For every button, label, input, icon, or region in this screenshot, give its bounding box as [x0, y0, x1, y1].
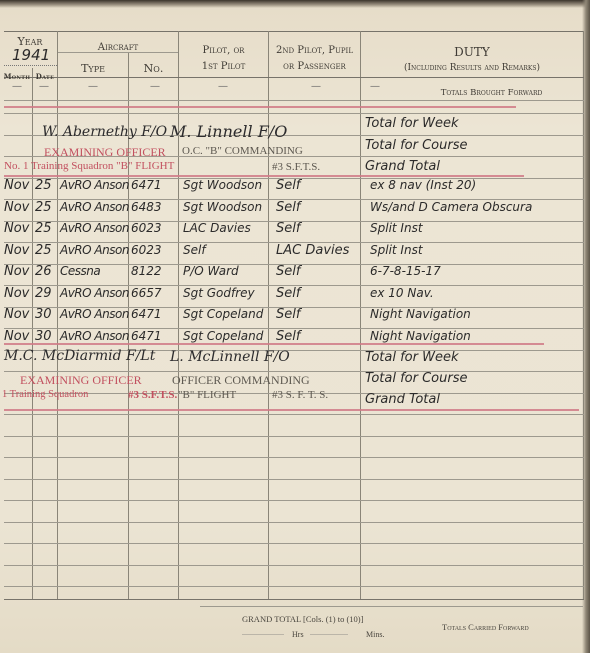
table-bottom-rule: [4, 599, 584, 600]
duty-dash: —: [370, 81, 380, 92]
entry-pilot: Self: [183, 243, 206, 257]
totals-brought-forward: Totals Brought Forward: [400, 87, 583, 100]
mins-label: Mins.: [366, 630, 384, 639]
entry-duty: Night Navigation: [370, 329, 471, 343]
summary2-total-course: Total for Course: [365, 371, 468, 386]
entry-duty: Split Inst: [370, 221, 423, 235]
second-pilot-label-line1: 2nd Pilot, Pupil: [269, 44, 360, 57]
header-bottom-rule: [4, 77, 584, 78]
entry-month: Nov: [4, 307, 29, 322]
entry-date: 25: [35, 200, 52, 215]
red-line-brought-forward: [4, 106, 516, 108]
entry-second-pilot: Self: [276, 329, 300, 344]
duty-label: DUTY: [361, 46, 583, 59]
entry-aircraft-type: AvRO Anson: [60, 307, 129, 321]
entry-aircraft-no: 6023: [131, 221, 162, 235]
entry-aircraft-no: 6471: [131, 329, 162, 343]
summary2-total-week: Total for Week: [365, 350, 458, 365]
entry-aircraft-no: 8122: [131, 264, 162, 278]
second-duty-divider: [360, 31, 361, 599]
red-line-summary2: [4, 409, 579, 411]
month-dash: —: [12, 81, 22, 92]
entry-pilot: P/O Ward: [183, 264, 239, 278]
mins-dots: ...................: [310, 628, 348, 637]
entry-aircraft-type: AvRO Anson: [60, 178, 129, 192]
entry-aircraft-type: AvRO Anson: [60, 221, 129, 235]
aircraft-no-label: No.: [129, 62, 178, 75]
row-rule: [4, 457, 584, 458]
entry-pilot: Sgt Godfrey: [183, 286, 255, 300]
logbook-page: Year 1941 Month Date Aircraft Type No. P…: [0, 0, 590, 653]
summary2-stamp-squadron: 1 Training Squadron: [2, 389, 88, 400]
second-pilot-dash: —: [311, 81, 321, 92]
date-type-divider: [57, 31, 58, 599]
pilot-label-line1: Pilot, or: [179, 44, 268, 57]
entry-second-pilot: Self: [276, 221, 300, 236]
year-dotted-rule: [4, 65, 57, 67]
brought-forward-rule: [4, 100, 584, 101]
row-rule: [4, 113, 584, 114]
entry-duty: Split Inst: [370, 243, 423, 257]
entry-aircraft-type: AvRO Anson: [60, 200, 129, 214]
entry-second-pilot: Self: [276, 178, 300, 193]
hrs-dots: .....................: [242, 628, 284, 637]
entry-month: Nov: [4, 329, 29, 344]
entry-date: 29: [35, 286, 52, 301]
summary1-signature-left: W. Abernethy F/O: [42, 124, 167, 140]
entry-month: Nov: [4, 243, 29, 258]
entry-month: Nov: [4, 264, 29, 279]
entry-date: 25: [35, 221, 52, 236]
entry-duty: ex 10 Nav.: [370, 286, 434, 300]
summary2-stamp-school: #3 S. F. T. S.: [272, 389, 328, 401]
red-line-before-summary2: [4, 343, 544, 345]
duty-sublabel: (Including Results and Remarks): [361, 62, 583, 75]
entry-month: Nov: [4, 286, 29, 301]
row-rule: [4, 371, 584, 372]
row-rule: [4, 565, 584, 566]
summary1-total-course: Total for Course: [365, 138, 468, 153]
summary2-stamp-school-red: #3 S.F.T.S.: [128, 389, 177, 401]
entry-second-pilot: Self: [276, 307, 300, 322]
summary2-grand-total: Grand Total: [365, 392, 440, 407]
entry-second-pilot: Self: [276, 286, 300, 301]
pilot-label-line2: 1st Pilot: [179, 60, 268, 73]
entry-date: 25: [35, 178, 52, 193]
entry-second-pilot: Self: [276, 200, 300, 215]
row-rule: [4, 436, 584, 437]
entry-date: 25: [35, 243, 52, 258]
entry-second-pilot: LAC Davies: [276, 243, 349, 258]
summary1-stamp-school: #3 S.F.T.S.: [272, 161, 320, 173]
summary1-signature-right: M. Linnell F/O: [170, 122, 287, 141]
grand-total-cols-label: GRAND TOTAL [Cols. (1) to (10)]: [242, 614, 363, 624]
header-top-rule: [4, 31, 584, 32]
summary1-grand-total: Grand Total: [365, 159, 440, 174]
entry-duty: Night Navigation: [370, 307, 471, 321]
aircraft-type-label: Type: [58, 62, 128, 75]
entry-second-pilot: Self: [276, 264, 300, 279]
month-date-divider: [32, 68, 33, 599]
summary1-stamp-commanding: O.C. "B" COMMANDING: [182, 145, 303, 157]
entry-aircraft-type: AvRO Anson: [60, 243, 129, 257]
entry-aircraft-type: AvRO Anson: [60, 329, 129, 343]
right-border: [583, 31, 584, 599]
summary2-stamp-flight: "B" FLIGHT: [178, 389, 236, 401]
entry-pilot: Sgt Woodson: [183, 178, 262, 192]
row-rule: [4, 500, 584, 501]
entry-duty: ex 8 nav (Inst 20): [370, 178, 476, 192]
entry-pilot: Sgt Copeland: [183, 329, 263, 343]
totals-carried-forward: Totals Carried Forward: [442, 622, 529, 632]
year-value: 1941: [12, 46, 50, 64]
entry-duty: Ws/and D Camera Obscura: [370, 200, 532, 214]
entry-pilot: LAC Davies: [183, 221, 251, 235]
entry-aircraft-no: 6657: [131, 286, 162, 300]
entry-month: Nov: [4, 178, 29, 193]
entry-aircraft-no: 6471: [131, 178, 162, 192]
entry-pilot: Sgt Copeland: [183, 307, 263, 321]
no-dash: —: [150, 81, 160, 92]
row-rule: [4, 479, 584, 480]
no-pilot-divider: [178, 31, 179, 599]
date-dash: —: [39, 81, 49, 92]
aircraft-label: Aircraft: [58, 41, 178, 54]
entry-aircraft-no: 6483: [131, 200, 162, 214]
entry-month: Nov: [4, 221, 29, 236]
row-rule: [4, 543, 584, 544]
entry-duty: 6-7-8-15-17: [370, 264, 441, 278]
summary2-signature-left: M.C. McDiarmid F/Lt: [4, 348, 155, 364]
entry-aircraft-no: 6471: [131, 307, 162, 321]
entry-date: 26: [35, 264, 52, 279]
entry-aircraft-type: AvRO Anson: [60, 286, 129, 300]
pilot-second-divider: [268, 31, 269, 599]
entry-aircraft-type: Cessna: [60, 264, 100, 278]
summary1-stamp-examining: EXAMINING OFFICER: [44, 145, 166, 160]
red-line-summary1: [4, 175, 524, 177]
summary2-signature-right: L. McLinnell F/O: [170, 349, 290, 365]
type-dash: —: [88, 81, 98, 92]
entry-pilot: Sgt Woodson: [183, 200, 262, 214]
summary1-total-week: Total for Week: [365, 116, 458, 131]
page-top-shadow: [0, 0, 590, 8]
row-rule: [4, 414, 584, 415]
row-rule: [4, 586, 584, 587]
summary1-stamp-squadron: No. 1 Training Squadron "B" FLIGHT: [4, 160, 174, 172]
hrs-label: Hrs: [292, 630, 304, 639]
footer-rule: [200, 606, 583, 607]
second-pilot-label-line2: or Passenger: [269, 60, 360, 73]
summary2-stamp-commanding: OFFICER COMMANDING: [172, 373, 310, 388]
summary2-stamp-examining: EXAMINING OFFICER: [20, 373, 142, 388]
entry-date: 30: [35, 307, 52, 322]
pilot-dash: —: [218, 81, 228, 92]
entry-month: Nov: [4, 200, 29, 215]
entry-aircraft-no: 6023: [131, 243, 162, 257]
entry-date: 30: [35, 329, 52, 344]
row-rule: [4, 522, 584, 523]
